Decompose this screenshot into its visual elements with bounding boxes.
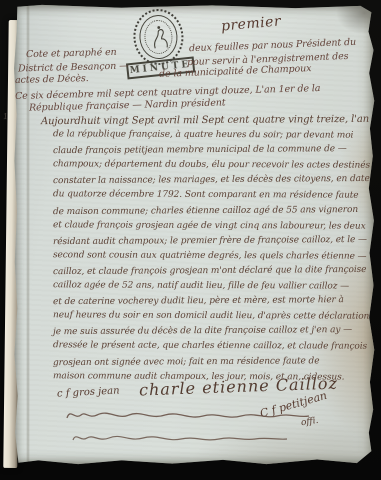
signature-grosjean: c f gros jean [57,385,120,399]
header-line: District de Besançon — [18,61,129,75]
manuscript-line: du quatorze décembre 1792. Sont comparan… [53,188,379,205]
manuscript-line: résidant audit champoux; le premier frèr… [53,233,379,250]
manuscript-line: dressée le présent acte, que charles éti… [53,339,379,356]
flourish-squiggle-icon [61,402,323,454]
manuscript-line: grosjean ont signée avec moi; fait en ma… [53,353,379,370]
seated-figure-icon [148,23,172,52]
manuscript-line: et claude françois grosjean agée de ving… [53,218,379,235]
ink-flourish-lines [61,402,323,458]
death-act-paragraph: Aujourdhuit vingt Sept avril mil Sept ce… [53,113,379,385]
header-line: Cote et paraphé en [26,47,117,60]
manuscript-line: second sont cousin aux quatrième degrés,… [53,248,379,265]
folio-heading: premier [220,13,281,34]
header-line: actes de Décès. [15,73,89,86]
margin-foliation-number: 1 [3,112,9,121]
manuscript-line: de maison commune; charles étienne caill… [53,202,379,219]
manuscript-page: MINUTE premier Cote et paraphé en deux f… [13,4,375,465]
manuscript-scan: 1 MINUTE premier Cote et paraphé en deux… [0,0,381,480]
